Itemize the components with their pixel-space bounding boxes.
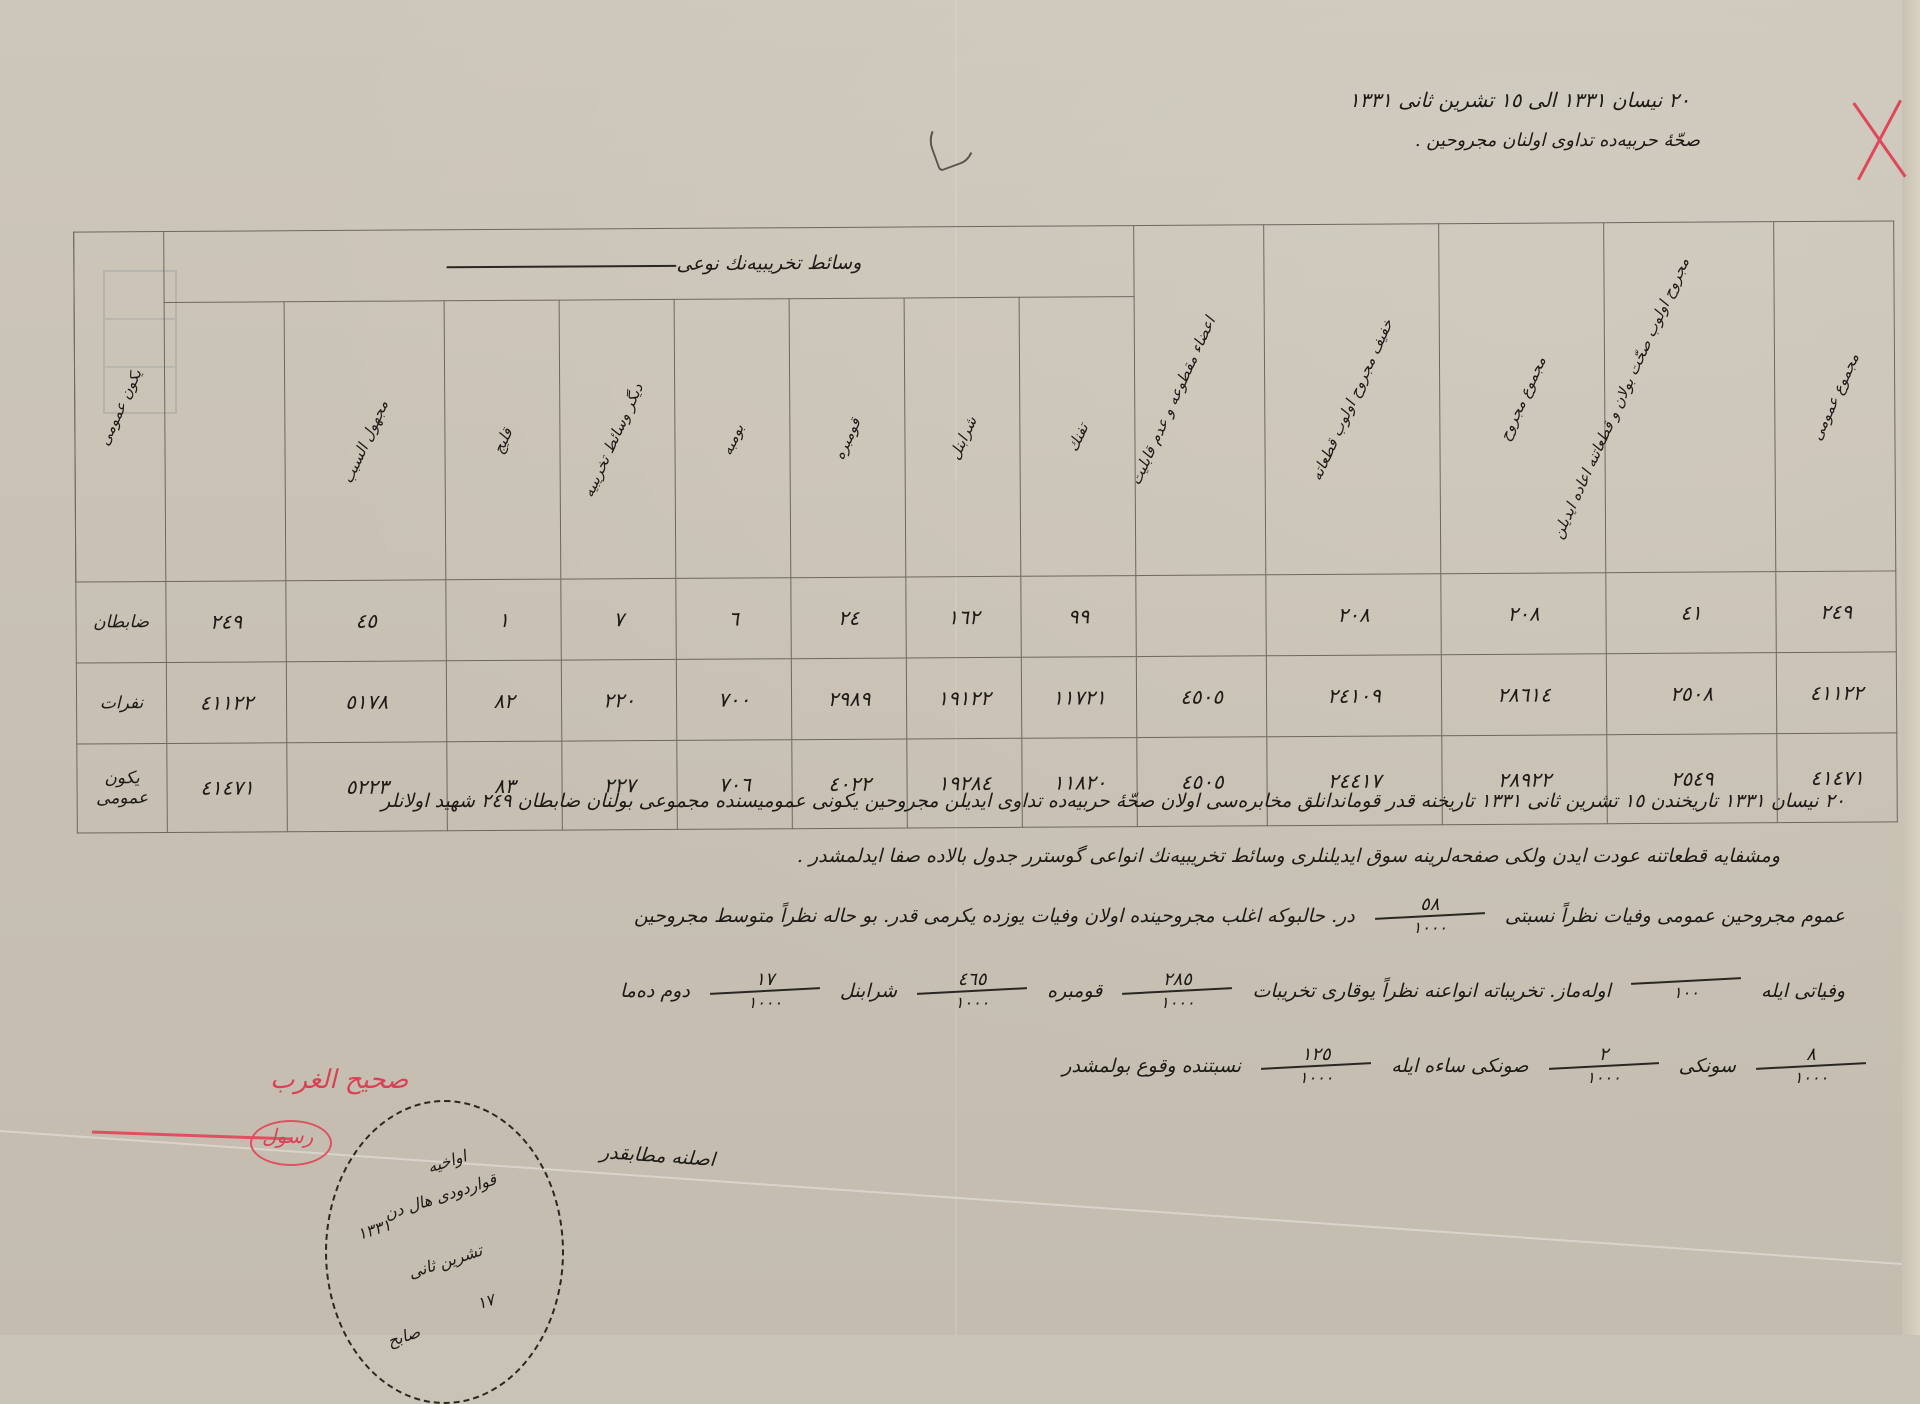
table-cell: ٢٥٠٨ [1606, 653, 1776, 735]
red-cross-mark-icon [1848, 95, 1918, 185]
table-cell: ٢٤٤١٧ [1267, 736, 1443, 826]
body-line-2: ومشفایه قطعاتنه عودت ایدن ولکی صفحه‌لرین… [80, 845, 1780, 867]
document-date-range: ٢٠ نيسان ١٣٣١ الى ١٥ تشرين ثانی ١٣٣١ [1150, 88, 1690, 112]
table-cell: ٢٢٧ [562, 740, 678, 830]
header-bomb: بومبه [674, 299, 791, 579]
red-signature: رسول [262, 1124, 313, 1148]
table-cell: ٤١١٢٢ [1776, 652, 1896, 734]
table-cell: ٥١٧٨ [286, 661, 446, 743]
red-annotation: صحیح الغرب [270, 1065, 408, 1095]
header-total-wounded: مجموع مجروح [1439, 223, 1606, 574]
table-cell: ٢٤١٠٩ [1266, 655, 1441, 737]
paper-edge [1902, 0, 1920, 1335]
header-unknown: مجهول السبب [284, 301, 446, 581]
table-cell [1136, 575, 1266, 657]
table-cell: ٢٤٩ [1776, 571, 1896, 653]
table-cell: ٤٠٢٢ [792, 739, 908, 829]
table-cell: ٢٨٦١٤ [1441, 654, 1606, 736]
header-sword: قلیج [444, 300, 561, 580]
table-cell: ٤١١٢٢ [166, 662, 287, 744]
fraction: ١٠٠ [1631, 980, 1741, 1004]
body-line-5: ٨١٠٠٠ سونکی ٢١٠٠٠ صونکی ساءه ایله ١٢٥١٠٠… [680, 1045, 1880, 1089]
row-label: یکون عمومی [77, 744, 168, 834]
fraction: ١٢٥١٠٠٠ [1261, 1045, 1371, 1089]
header-light: خفیف مجروح اولوب قطعاته [1264, 224, 1441, 575]
table-cell: ٩٩ [1021, 576, 1136, 658]
body-line-3: عموم مجروحین عمومی وفیات نظراً نسبتی ٥٨١… [65, 895, 1845, 939]
header-grand-total: یکون عمومی [74, 232, 166, 583]
ledger-table: مجموع عمومی مجروح اولوب صحّت بولان و قطع… [73, 220, 1898, 833]
fraction: ٨١٠٠٠ [1756, 1045, 1866, 1089]
table-cell: ٨٣ [447, 741, 563, 831]
header-spacer [164, 302, 286, 582]
table-cell: ١٩١٢٢ [906, 657, 1021, 739]
table-cell: ٧٠٦ [677, 740, 793, 830]
header-total-patients: مجموع عمومی [1774, 221, 1896, 572]
header-treated-cured: مجروح اولوب صحّت بولان و قطعاتنه اعاده ا… [1604, 222, 1776, 573]
table-cell: ٤١٤٧١ [167, 743, 288, 833]
document-subject: صحّهٔ حربیه‌ده تداوی اولنان مجروحین . [1200, 130, 1700, 151]
header-rifle: تفنك [1019, 297, 1136, 577]
header-shrapnel: شرابنل [904, 297, 1021, 577]
table-cell: ٤٥ [286, 580, 446, 662]
header-group-weapon-type: وسائط تخریبیه‌نك نوعی [164, 226, 1135, 303]
table-cell: ٢٠٨ [1441, 573, 1606, 655]
body-line-4: وفیاتی ایله ١٠٠ اوله‌ماز. تخریباته انواع… [65, 970, 1845, 1014]
body-line-1: ٢٠ نیسان ١٣٣١ تاریخندن ١٥ تشرین ثانی ١٣٣… [75, 790, 1845, 812]
fraction: ٥٨١٠٠٠ [1375, 895, 1485, 939]
header-other-means: دیگر وسائط تخریبیه [559, 299, 676, 579]
table-cell: ٤٥٠٥ [1136, 656, 1266, 738]
row-label: ضابطان [76, 582, 166, 664]
casualty-table: مجموع عمومی مجروح اولوب صحّت بولان و قطع… [75, 226, 1865, 766]
table-cell: ١٦٢ [906, 576, 1021, 658]
dashed-seal: اواخیه قواردودی هال دن ١٣٣١ تشرین ثانی ١… [325, 1100, 564, 1335]
fraction: ١٧١٠٠٠ [710, 970, 820, 1014]
fraction: ٤٦٥١٠٠٠ [917, 970, 1027, 1014]
table-row-total: ٤١٤٧١ ٢٥٤٩ ٢٨٩٢٢ ٢٤٤١٧ ٤٥٠٥ ١١٨٢٠ ١٩٢٨٤ … [77, 733, 1898, 833]
table-cell: ٨٢ [446, 660, 561, 742]
copy-certification: اصلنه مطابقدر [599, 1141, 716, 1171]
table-cell: ١١٨٢٠ [1022, 738, 1138, 828]
fraction: ٢٨٥١٠٠٠ [1122, 970, 1232, 1014]
table-cell: ١ [446, 579, 561, 661]
table-row-soldiers: ٤١١٢٢ ٢٥٠٨ ٢٨٦١٤ ٢٤١٠٩ ٤٥٠٥ ١١٧٢١ ١٩١٢٢ … [76, 652, 1897, 744]
folio-mark-icon [923, 112, 981, 172]
header-row: مجموع عمومی مجروح اولوب صحّت بولان و قطع… [74, 221, 1894, 303]
table-cell: ٢٤٩ [166, 581, 287, 663]
table-cell: ٧ [561, 578, 676, 660]
table-cell: ٤٥٠٥ [1137, 737, 1268, 827]
group-underline [447, 264, 677, 267]
table-cell: ١٩٢٨٤ [907, 738, 1023, 828]
table-cell: ٢٩٨٩ [791, 658, 906, 740]
row-label: نفرات [76, 663, 166, 745]
table-cell: ٢٤ [791, 577, 906, 659]
fraction: ٢١٠٠٠ [1549, 1045, 1659, 1089]
table-cell: ١١٧٢١ [1021, 657, 1136, 739]
header-severe: اعضاء مقطوعه و عدم قابلیت [1134, 225, 1266, 576]
table-cell: ٢٠٨ [1266, 574, 1441, 656]
table-cell: ٥٢٢٣ [287, 742, 448, 832]
table-row-officers: ٢٤٩ ٤١ ٢٠٨ ٢٠٨ ٩٩ ١٦٢ ٢٤ ٦ ٧ ١ ٤٥ ٢٤٩ ضا… [76, 571, 1897, 663]
table-cell: ٢٢٠ [561, 659, 676, 741]
document-page: ٢٠ نيسان ١٣٣١ الى ١٥ تشرين ثانی ١٣٣١ صحّ… [0, 0, 1920, 1335]
header-grenade: قومبره [789, 298, 906, 578]
table-cell: ٦ [676, 578, 791, 660]
table-cell: ٧٠٠ [676, 659, 791, 741]
table-cell: ٤١ [1606, 572, 1776, 654]
